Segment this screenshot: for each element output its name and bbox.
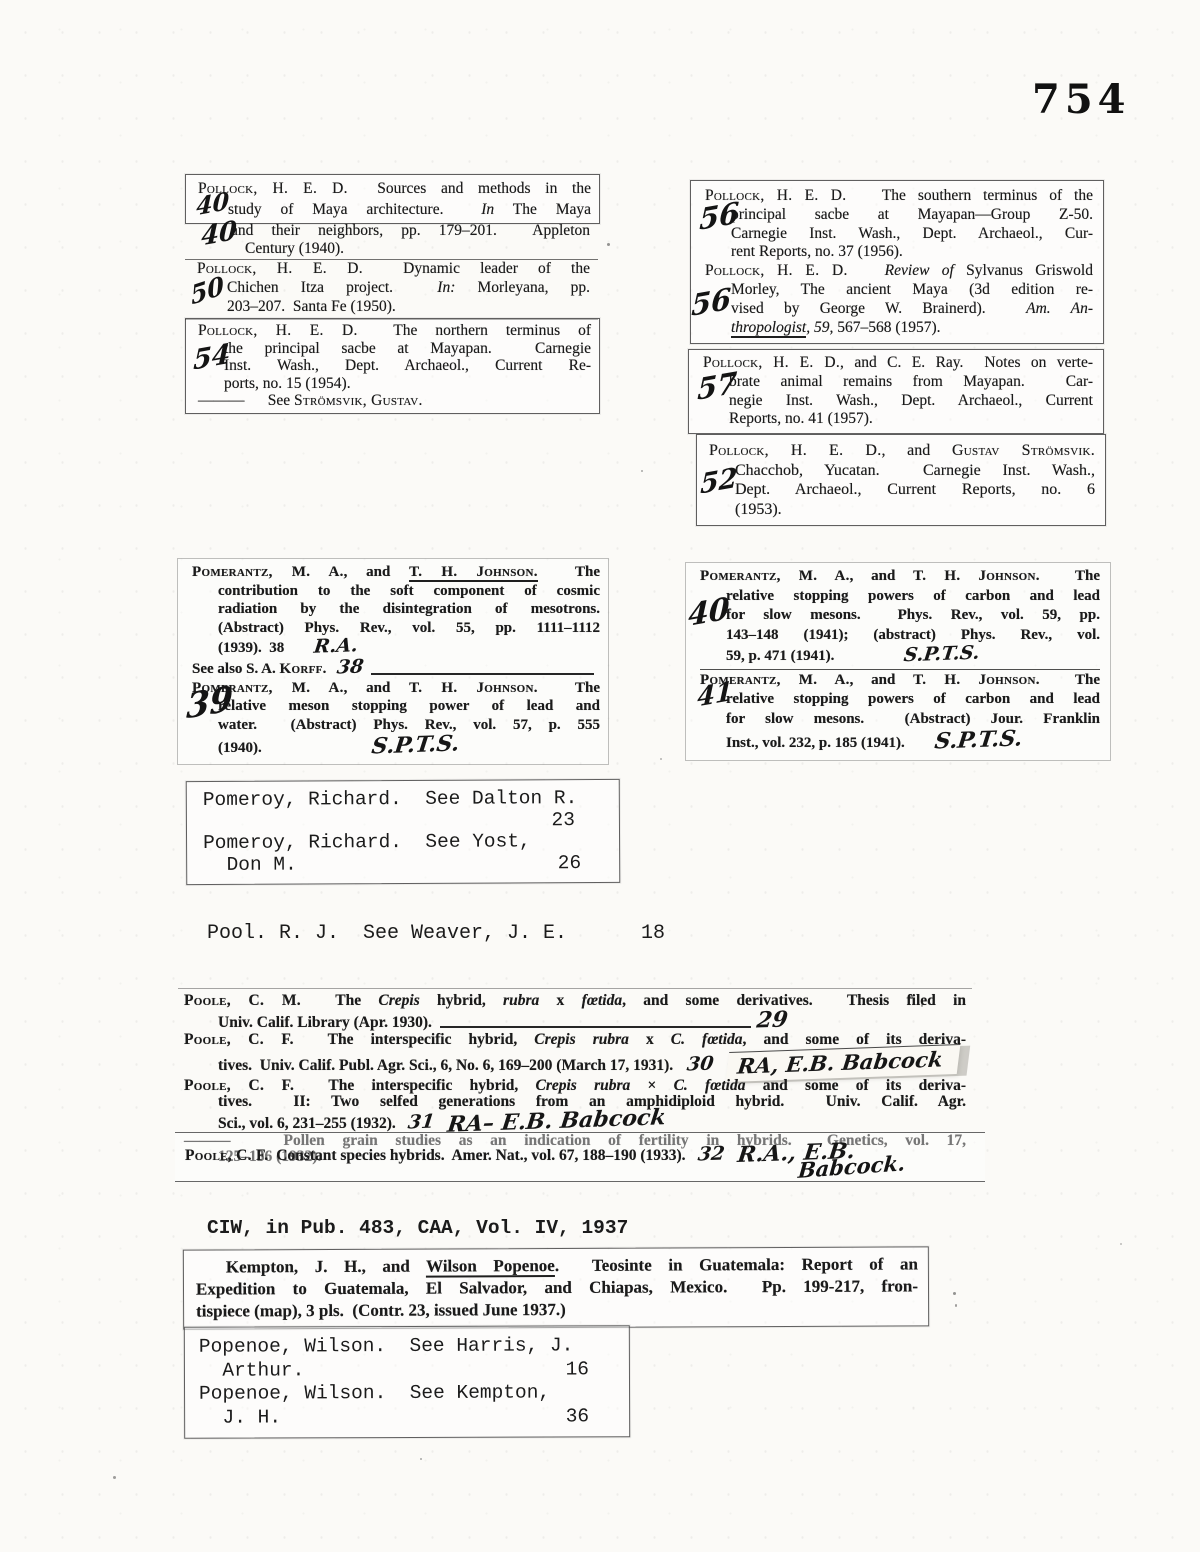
text-segment: The interspecific hybrid, [294, 1077, 535, 1094]
text-segment: (1940). [218, 739, 262, 758]
text-line: and their neighbors, pp. 179–201. Applet… [197, 222, 590, 240]
text-segment: , and [344, 680, 409, 696]
scan-speck [955, 1304, 957, 1307]
text-line: Popenoe, Wilson. See Kempton, [199, 1381, 617, 1406]
bib-clipping-pollock-ray: Pollock, H. E. D., and C. E. Ray. Notes … [688, 349, 1104, 434]
text-segment: T. H. Johnson. [913, 672, 1040, 688]
scan-speck [420, 1458, 422, 1460]
text-segment: J. H. [199, 1406, 281, 1430]
text-segment: Arthur. [199, 1359, 304, 1383]
text-segment: C. fœtida [671, 1031, 743, 1048]
text-segment: hybrid, [420, 992, 503, 1009]
text-segment: ——— See [198, 392, 294, 409]
text-line: contribution to the soft component of co… [192, 582, 600, 601]
text-segment: x [539, 992, 581, 1009]
text-line: radiation by the disintegration of mesot… [192, 600, 600, 619]
bib-line-pool: Pool. R. J. See Weaver, J. E.18 [207, 922, 665, 946]
handwritten-number-41: 41 [697, 679, 734, 712]
text-segment: tives. Univ. Calif. Publ. Agr. Sci., 6, … [218, 1058, 673, 1074]
text-line: See also S. A. Korff.38 [192, 658, 600, 679]
text-segment: × [630, 1077, 673, 1094]
text-segment: Crepis rubra [534, 1031, 629, 1048]
text-line: Sci., vol. 6, 231–255 (1932).31RA– E.B. … [184, 1110, 966, 1132]
text-line: Pool. R. J. See Weaver, J. E.18 [207, 922, 665, 946]
text-segment: Sources and methods in the [348, 180, 591, 197]
handwritten-number-39: 39 [186, 682, 234, 725]
text-segment: Poole, C. F. [185, 1147, 268, 1165]
text-line: Carnegie Inst. Wash., Dept. Archaeol., C… [705, 225, 1093, 244]
text-segment: 567–568 (1957). [833, 319, 940, 336]
text-line: Pomeroy, Richard. See Dalton R. [203, 788, 609, 812]
handwritten-annotation: 31 [407, 1113, 436, 1133]
text-line: brate animal remains from Mayapan. Car- [703, 373, 1093, 392]
text-segment: Morleyana, pp. [455, 279, 590, 296]
bib-clipping-pomerantz-right: Pomerantz, M. A., and T. H. Johnson. The… [685, 562, 1111, 761]
text-line: Expedition to Guatemala, El Salvador, an… [196, 1275, 918, 1300]
text-line: Dept. Archaeol., Current Reports, no. 6 [709, 480, 1095, 500]
handwritten-annotation: 32 [696, 1145, 725, 1165]
handwritten-number-56a: 56 [699, 198, 740, 235]
text-segment: Pomerantz, M. A. [192, 564, 344, 580]
bib-clipping-pomerantz-left: Pomerantz, M. A., and T. H. Johnson. The… [177, 558, 609, 765]
text-segment: , and [344, 564, 409, 580]
text-segment: Strömsvik, Gustav. [294, 392, 423, 409]
text-segment: T. H. Johnson. [409, 680, 538, 696]
text-line: Popenoe, Wilson. See Harris, J. [199, 1334, 617, 1359]
text-line: study of Maya architecture. In The Maya [198, 200, 591, 221]
handwritten-number-40a: 40 [196, 189, 230, 219]
text-line: 203–207. Santa Fe (1950). [197, 297, 590, 316]
text-segment: Inst., vol. 232, p. 185 (1941). [726, 734, 905, 754]
text-line: relative meson stopping power of lead an… [192, 697, 600, 716]
text-line: rent Reports, no. 37 (1956). [705, 243, 1093, 262]
handwritten-annotation: 29 [756, 1009, 789, 1032]
text-line: ports, no. 15 (1954). [198, 375, 591, 393]
text-line: 143–148 (1941); (abstract) Phys. Rev., v… [700, 626, 1100, 646]
handwritten-number-57: 57 [697, 368, 738, 405]
text-line: Univ. Calif. Library (Apr. 1930).29 [184, 1009, 966, 1031]
text-segment: vised by George W. Brainerd). [731, 300, 1026, 317]
text-segment: Crepis rubra [536, 1077, 631, 1094]
text-segment: , and [850, 568, 913, 584]
text-line: Pomerantz, M. A., and T. H. Johnson. The [700, 567, 1100, 587]
text-line: (Abstract) Phys. Rev., vol. 55, pp. 1111… [192, 619, 600, 638]
text-segment: In [481, 201, 494, 218]
text-segment: , and [850, 672, 913, 688]
text-line: thropologist, 59, 567–568 (1957). [705, 319, 1093, 338]
text-line: J. H.36 [199, 1405, 617, 1430]
text-segment: Pollock, H. E. D. [198, 322, 358, 339]
text-line: (1953). [709, 500, 1095, 520]
text-segment: The [1040, 568, 1100, 584]
text-segment: Dynamic leader of the [363, 260, 590, 277]
text-line: Poole, C. M. The Crepis hybrid, rubra x … [184, 993, 966, 1009]
text-line: water. (Abstract) Phys. Rev., vol. 57, p… [192, 716, 600, 735]
text-segment: The [1040, 672, 1100, 688]
text-line: ——— See Strömsvik, Gustav. [198, 392, 591, 410]
text-segment: The [301, 992, 378, 1009]
text-line: tispiece (map), 3 pls. (Contr. 23, issue… [196, 1297, 918, 1322]
text-segment: Crepis [378, 992, 419, 1009]
text-segment: Univ. Calif. Library (Apr. 1930). [218, 1015, 432, 1031]
text-segment: The [538, 564, 600, 580]
scan-speck [953, 1292, 956, 1295]
bib-clipping-pollock-dynamic: Pollock, H. E. D. Dynamic leader of theC… [185, 257, 598, 320]
text-segment: Pool. R. J. See Weaver, J. E. [207, 922, 567, 946]
text-line: 23 [203, 809, 609, 833]
text-segment: The southern terminus of the [846, 187, 1093, 204]
text-segment: Sci., vol. 6, 231–255 (1932). [218, 1116, 396, 1132]
scan-speck [641, 470, 643, 472]
text-segment: and some of its deriva- [746, 1077, 967, 1094]
text-line: Reports, no. 41 (1957). [703, 410, 1093, 429]
text-segment: , 59, [806, 319, 833, 336]
text-line: Inst., vol. 232, p. 185 (1941).S.P.T.S. [700, 729, 1100, 754]
text-segment: study of Maya architecture. [228, 201, 481, 218]
text-segment: Chichen Itza project. [227, 279, 437, 296]
text-segment: T. H. Johnson. [913, 568, 1040, 584]
text-line: Pollock, H. E. D. The northern terminus … [198, 322, 591, 340]
text-segment: 16 [566, 1358, 589, 1382]
text-segment [281, 1421, 566, 1422]
text-segment: rubra [503, 992, 539, 1009]
handwritten-number-40r: 40 [688, 594, 730, 632]
text-line: (1939). 38R.A. [192, 637, 600, 658]
text-segment: Pollock, H. E. D. [705, 262, 848, 279]
text-segment: T. H. Johnson. [409, 564, 538, 582]
handwritten-annotation: S.P.T.S. [370, 733, 460, 758]
text-segment: 36 [566, 1405, 589, 1429]
text-segment: See also S. A. [192, 660, 280, 679]
handwritten-annotation: 30 [686, 1054, 715, 1074]
text-line: Poole, C. F. The interspecific hybrid, C… [184, 1032, 966, 1048]
text-line: (1940).S.P.T.S. [192, 734, 600, 758]
text-segment: Am. An- [1026, 300, 1093, 317]
scan-speck [910, 995, 913, 999]
text-line: for slow mesons. (Abstract) Jour. Frankl… [700, 710, 1100, 730]
text-line: Morley, The ancient Maya (3d edition re- [705, 281, 1093, 300]
text-segment: The [538, 680, 600, 696]
scan-speck [660, 758, 662, 760]
text-segment: , and C. E. Ray. Notes on verte- [840, 354, 1093, 371]
text-line: for slow mesons. Phys. Rev., vol. 59, pp… [700, 606, 1100, 626]
text-segment: fœtida [582, 992, 622, 1009]
text-segment: Sylvanus Griswold [954, 262, 1093, 279]
text-segment: Pomerantz, M. A. [700, 568, 850, 584]
text-line: Chacchob, Yucatan. Carnegie Inst. Wash., [709, 461, 1095, 481]
text-segment: Wilson Popenoe [426, 1256, 555, 1278]
text-segment: Kempton, J. H., and [226, 1257, 426, 1277]
text-segment: Pollock, H. E. D. [709, 442, 882, 459]
text-segment: , and [882, 442, 952, 459]
scan-speck [113, 1476, 116, 1479]
bib-clipping-pollock-sources: Pollock, H. E. D. Sources and methods in… [185, 174, 600, 224]
text-segment: . Teosinte in Guatemala: Report of an [555, 1254, 918, 1275]
scan-speck [1120, 1243, 1122, 1245]
text-segment: Constant species hybrids. Amer. Nat., vo… [268, 1147, 685, 1165]
text-segment: (1939). 38 [218, 639, 284, 658]
text-line: Poole, C. F. The interspecific hybrid, C… [184, 1078, 966, 1094]
text-line: Pollock, H. E. D. Sources and methods in… [198, 179, 591, 200]
text-line: Don M.26 [203, 852, 609, 876]
text-line: relative stopping powers of carbon and l… [700, 690, 1100, 710]
bib-heading-ciw: CIW, in Pub. 483, CAA, Vol. IV, 1937 [207, 1216, 647, 1240]
text-line: Kempton, J. H., and Wilson Popenoe. Teos… [196, 1253, 918, 1278]
handwritten-annotation: S.P.T.S. [903, 644, 981, 666]
text-segment: x [629, 1031, 671, 1048]
text-line: Pomeroy, Richard. See Yost, [203, 831, 609, 855]
text-segment: 18 [641, 922, 665, 946]
text-line: principal sacbe at Mayapan—Group Z-50. [705, 206, 1093, 225]
text-line: Arthur.16 [199, 1358, 617, 1383]
handwritten-annotation: S.P.T.S. [933, 727, 1023, 752]
text-line: Chichen Itza project. In: Morleyana, pp. [197, 278, 590, 297]
text-line: Pomerantz, M. A., and T. H. Johnson. The [700, 671, 1100, 691]
bib-clipping-kempton: Kempton, J. H., and Wilson Popenoe. Teos… [183, 1246, 929, 1329]
handwritten-number-54: 54 [193, 340, 231, 374]
text-line: vised by George W. Brainerd). Am. An- [705, 300, 1093, 319]
text-segment: , and some derivatives. Thesis filed in [622, 992, 966, 1009]
text-segment: The northern terminus of [358, 322, 591, 339]
scanned-bibliography-page: { "page": { "number": "754" }, "handwrit… [0, 0, 1200, 1552]
text-segment: Don M. [203, 854, 297, 876]
text-segment: Review of [885, 262, 954, 279]
text-segment [848, 262, 885, 279]
text-line: Pollock, H. E. D., and C. E. Ray. Notes … [703, 354, 1093, 373]
scan-speck [921, 1004, 923, 1007]
handwritten-number-52: 52 [700, 464, 738, 498]
text-segment [371, 673, 594, 675]
text-line: Pollock, H. E. D. The southern terminus … [705, 187, 1093, 206]
text-line: CIW, in Pub. 483, CAA, Vol. IV, 1937 [207, 1216, 647, 1240]
text-segment [440, 1026, 752, 1028]
handwritten-number-40b: 40 [201, 218, 238, 251]
text-segment: Poole, C. M. [184, 992, 301, 1009]
text-line: Pollock, H. E. D., and Gustav Strömsvik. [709, 441, 1095, 461]
handwritten-annotation: 38 [335, 658, 364, 678]
handwritten-number-56b: 56 [691, 284, 732, 321]
text-segment: 26 [558, 853, 582, 875]
text-line: Pomerantz, M. A., and T. H. Johnson. The [192, 563, 600, 582]
bib-clipping-pollock-sources-cont: and their neighbors, pp. 179–201. Applet… [185, 220, 598, 260]
text-segment: In: [437, 279, 455, 296]
text-segment: Poole, C. F. [184, 1031, 294, 1048]
page-number: 754 [1032, 76, 1131, 123]
text-line: Pollock, H. E. D. Review of Sylvanus Gri… [705, 262, 1093, 281]
text-segment: Poole, C. F. [184, 1077, 294, 1094]
bib-clipping-pollock-northern: Pollock, H. E. D. The northern terminus … [185, 318, 600, 414]
bib-card-pomeroy: Pomeroy, Richard. See Dalton R.23Pomeroy… [186, 779, 621, 885]
text-segment [297, 868, 558, 869]
scan-speck [607, 243, 610, 246]
text-segment: The interspecific hybrid, [294, 1031, 534, 1048]
text-segment: Korff. [280, 660, 327, 679]
text-segment: 59, p. 471 (1941). [726, 647, 834, 667]
text-segment [304, 1374, 565, 1375]
text-line: Inst. Wash., Dept. Archaeol., Current Re… [198, 357, 591, 375]
text-segment: Gustav Strömsvik. [952, 442, 1095, 459]
text-segment: thropologist [731, 319, 806, 338]
text-line: Pomerantz, M. A., and T. H. Johnson. The [192, 679, 600, 698]
text-segment: C. fœtida [674, 1077, 746, 1094]
text-line: negie Inst. Wash., Dept. Archaeol., Curr… [703, 392, 1093, 411]
handwritten-annotation: R.A. [313, 637, 359, 658]
text-line: Century (1940). [197, 240, 590, 258]
bib-clipping-pollock-stromsvik: Pollock, H. E. D., and Gustav Strömsvik.… [696, 434, 1106, 526]
bib-clipping-pollock-southern: Pollock, H. E. D. The southern terminus … [690, 180, 1104, 344]
text-line: 59, p. 471 (1941).S.P.T.S. [700, 645, 1100, 670]
text-line: relative stopping powers of carbon and l… [700, 587, 1100, 607]
text-segment: The Maya [494, 201, 591, 218]
text-line: the principal sacbe at Mayapan. Carnegie [198, 340, 591, 358]
bib-card-popenoe: Popenoe, Wilson. See Harris, J. Arthur.1… [184, 1325, 630, 1439]
text-line: tives. Univ. Calif. Publ. Agr. Sci., 6, … [184, 1048, 966, 1078]
text-line: Pollock, H. E. D. Dynamic leader of the [197, 259, 590, 278]
